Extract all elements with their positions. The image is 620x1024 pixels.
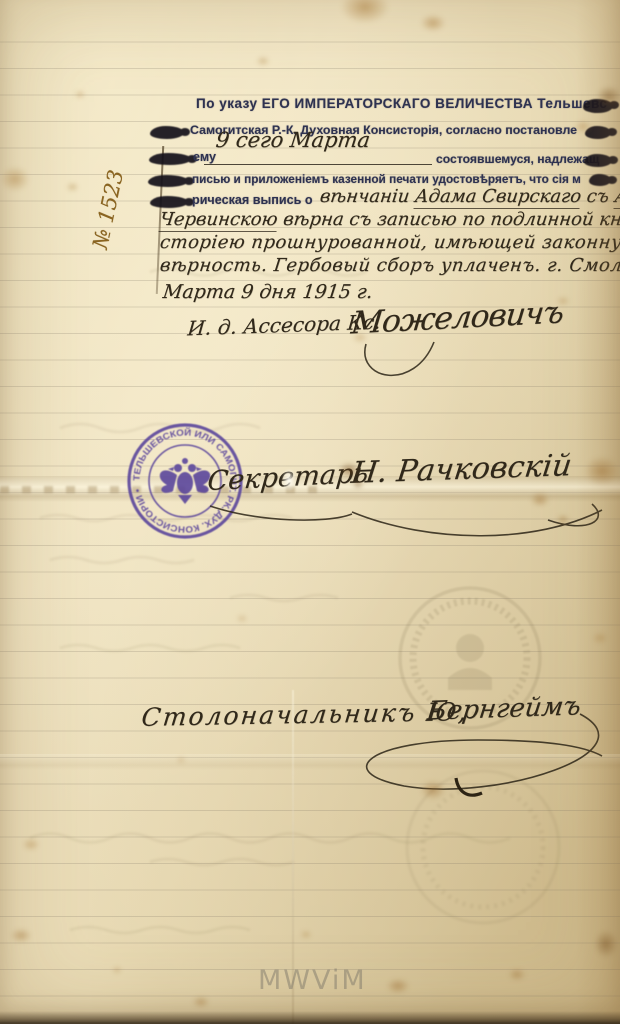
- inserted-date: 9 сего Марта: [215, 128, 372, 152]
- assessor-signature: Можеловичъ: [349, 295, 565, 342]
- ink-blot: [150, 126, 184, 139]
- groom-name: Адама Свирскаго: [414, 186, 583, 209]
- registry-number: № 1523: [88, 168, 128, 251]
- inserted-date-blank: 9 сего Марта: [204, 134, 432, 165]
- body-line-2: Червинскою вѣрна съ записью по подлинной…: [159, 209, 620, 230]
- date-line: Марта 9 дня 1915 г.: [162, 281, 374, 303]
- archive-watermark: MWViM: [258, 965, 367, 996]
- body-line-1: вѣнчаніи Адама Свирскаго съ Анною: [319, 186, 620, 207]
- stamped-line-1: По указу ЕГО ИМПЕРАТОРСКАГО ВЕЛИЧЕСТВА Т…: [196, 96, 607, 111]
- body-line-4: вѣрность. Гербовый сборъ уплаченъ. г. См…: [159, 255, 620, 276]
- ink-hook-mark: [456, 778, 482, 795]
- ghost-stamp-lower: [388, 762, 578, 932]
- ink-blot: [148, 175, 188, 187]
- double-eagle-icon: [160, 458, 210, 504]
- paper-bottom-edge: [0, 1011, 620, 1024]
- ink-blot: [149, 153, 191, 165]
- clerk-title: Столоначальникъ Ю,: [140, 697, 470, 732]
- stamped-line-4: писью и приложеніемъ казенной печати удо…: [192, 172, 581, 186]
- body-line-3: сторіею прошнурованной, имѣющей законную…: [159, 232, 620, 253]
- secretary-signature: Н. Рачковскій: [349, 448, 573, 491]
- ink-blot: [150, 196, 188, 208]
- body-line-1-start: вѣнчаніи: [319, 186, 417, 207]
- stamped-line-5: рическая выпись о: [192, 193, 313, 207]
- document-page: № 1523 По указу ЕГО ИМПЕРАТОРСКАГО ВЕЛИЧ…: [0, 0, 620, 1024]
- clerk-signature: Бернгеймъ: [426, 691, 583, 726]
- bride-surname: Червинскою: [158, 209, 278, 232]
- paper-flaw: [281, 468, 297, 492]
- fold-crease-lower: [0, 754, 620, 770]
- stamped-line-3-suffix: состоявшемуся, надлежащ: [436, 152, 599, 166]
- body-line-2-rest: вѣрна съ записью по подлинной книгѣ, Кон…: [276, 209, 620, 230]
- edge-shading: [576, 0, 620, 1024]
